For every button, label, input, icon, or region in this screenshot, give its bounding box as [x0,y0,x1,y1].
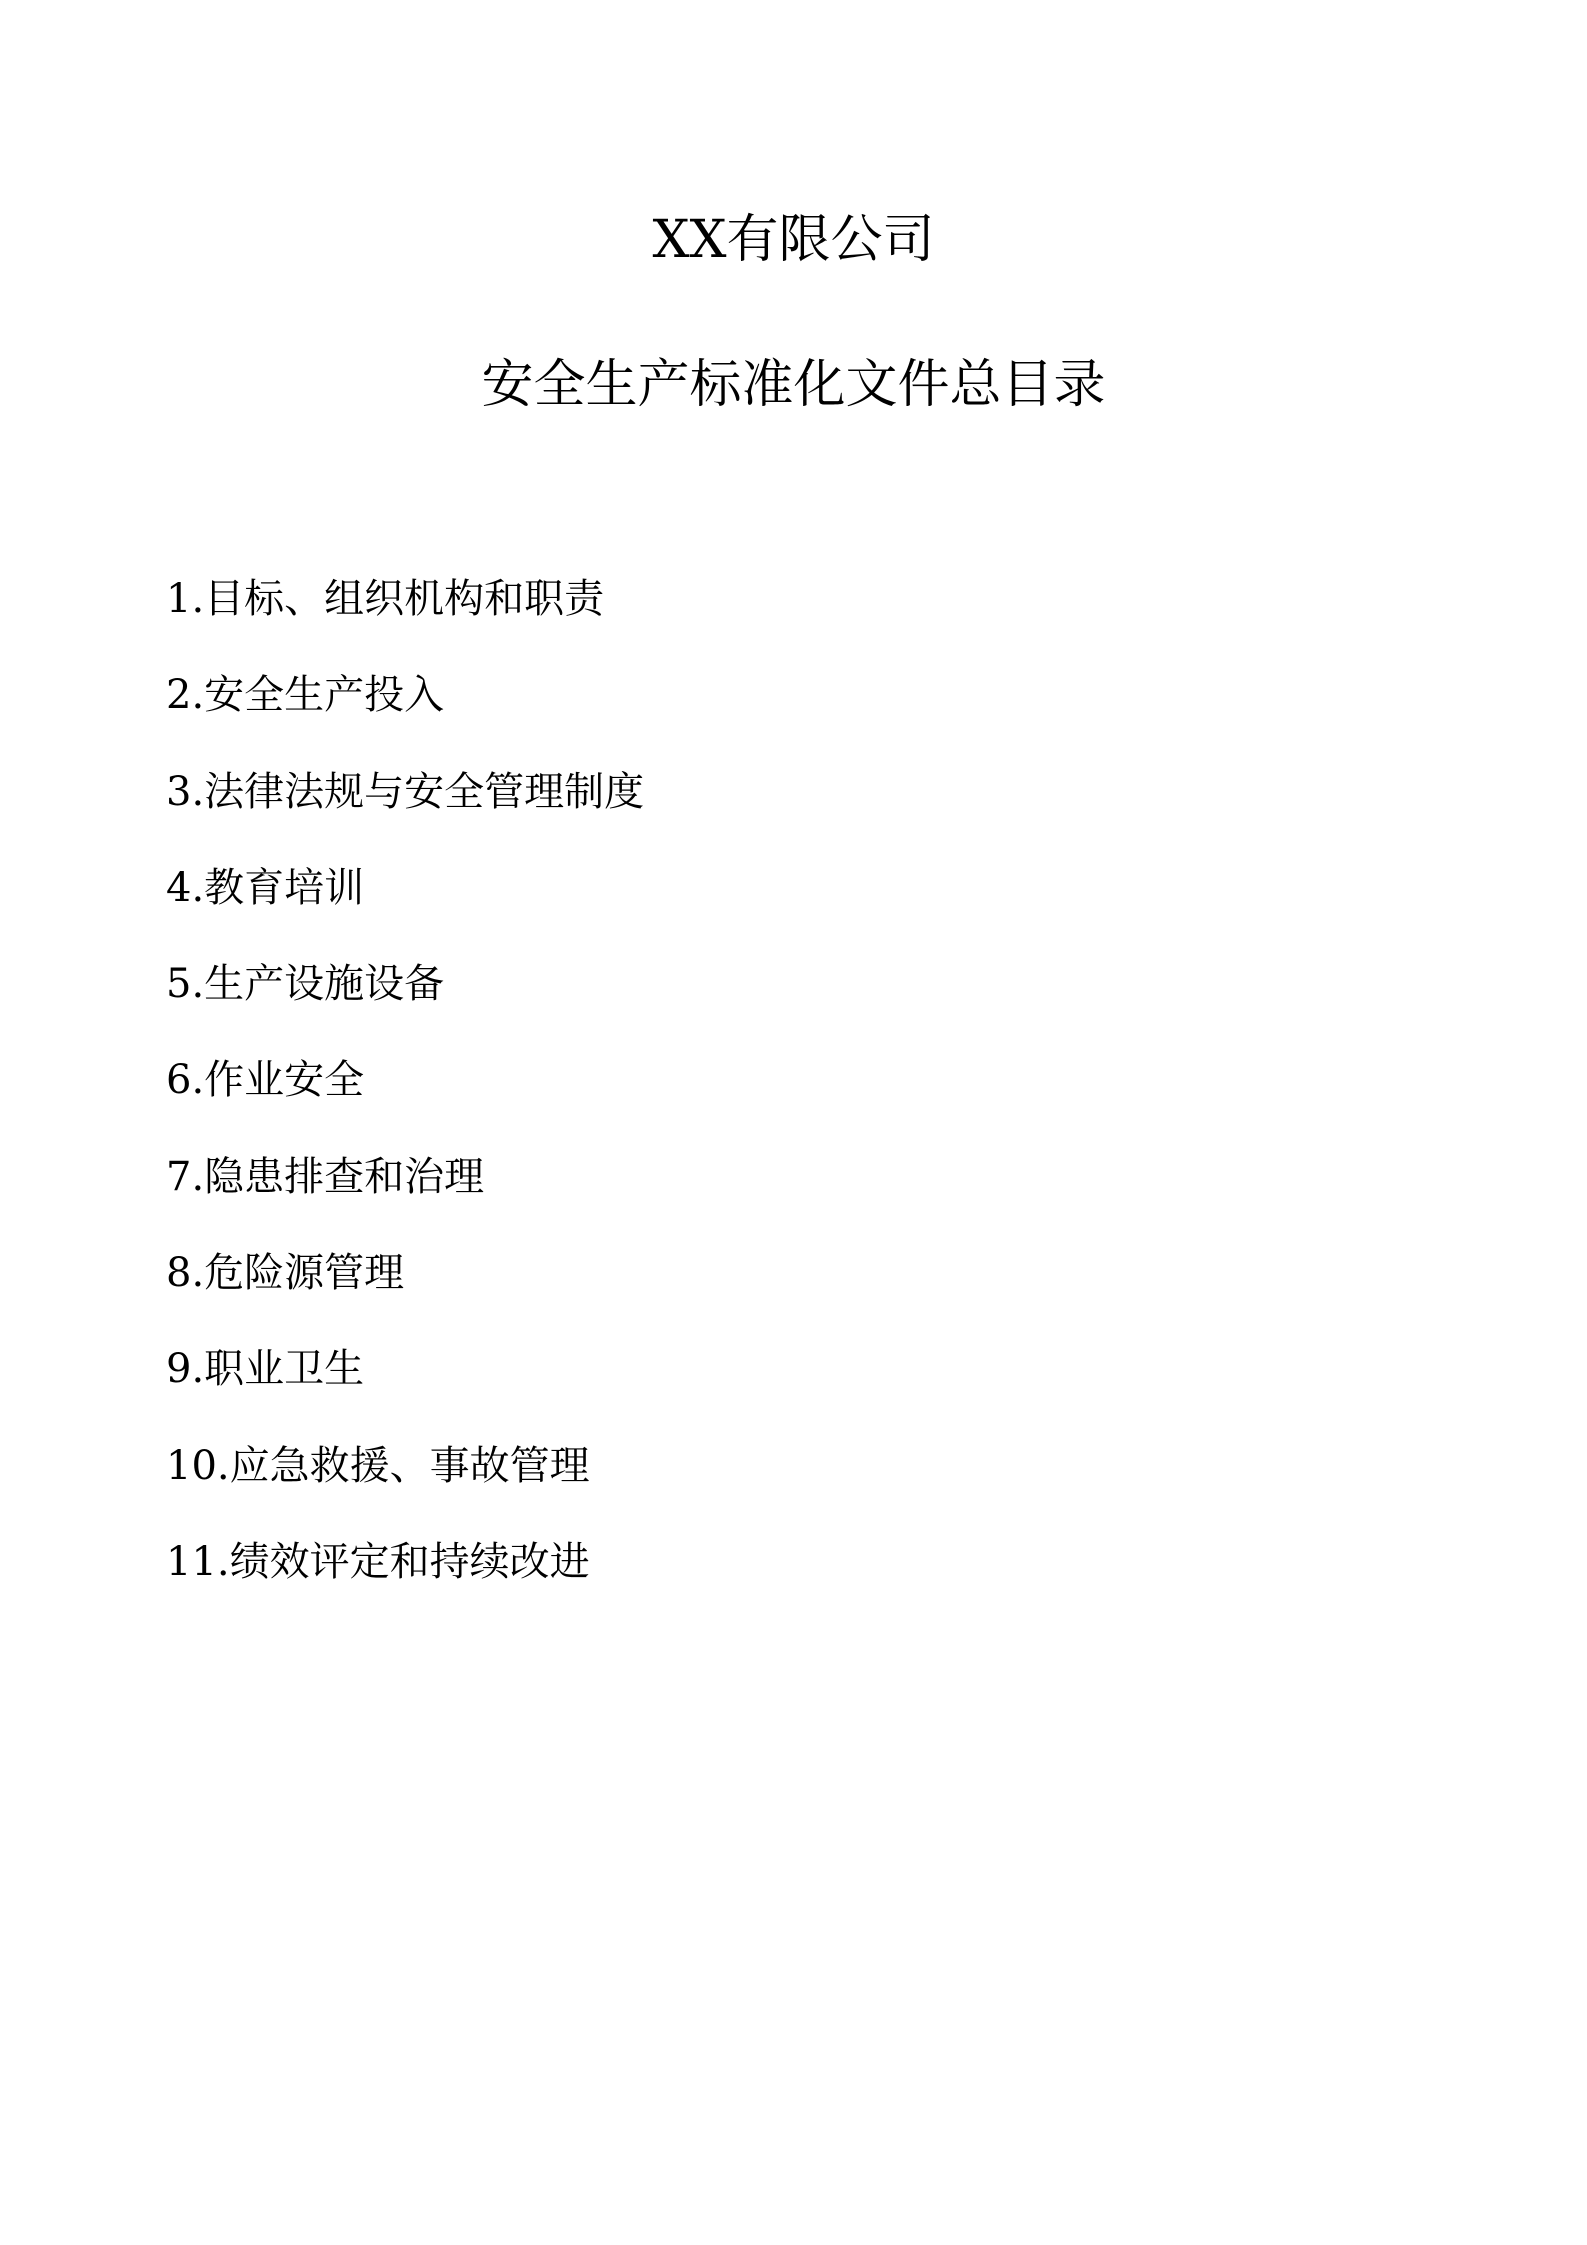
toc-item: 4.教育培训 [166,864,644,960]
toc-item: 11.绩效评定和持续改进 [166,1538,644,1634]
toc-item: 9.职业卫生 [166,1345,644,1441]
toc-item: 3.法律法规与安全管理制度 [166,768,644,864]
toc-item: 8.危险源管理 [166,1249,644,1345]
table-of-contents: 1.目标、组织机构和职责 2.安全生产投入 3.法律法规与安全管理制度 4.教育… [166,575,644,1634]
toc-item: 5.生产设施设备 [166,960,644,1056]
company-name: XX有限公司 [0,210,1587,270]
toc-item: 10.应急救援、事故管理 [166,1442,644,1538]
document-title: 安全生产标准化文件总目录 [0,355,1587,415]
toc-item: 7.隐患排查和治理 [166,1153,644,1249]
toc-item: 1.目标、组织机构和职责 [166,575,644,671]
toc-item: 2.安全生产投入 [166,671,644,767]
toc-item: 6.作业安全 [166,1056,644,1152]
